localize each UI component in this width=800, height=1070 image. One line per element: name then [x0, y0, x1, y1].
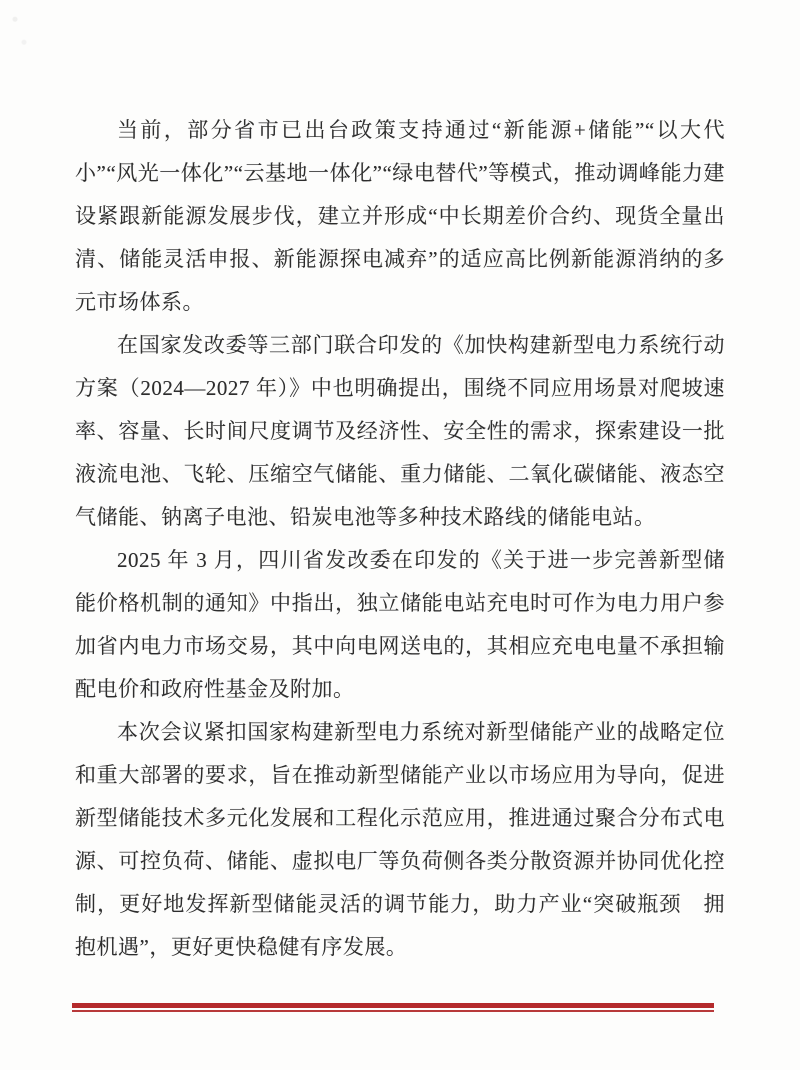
- paragraph-current-policies: 当前，部分省市已出台政策支持通过“新能源+储能”“以大代小”“风光一体化”“云基…: [75, 109, 725, 324]
- document-page: 当前，部分省市已出台政策支持通过“新能源+储能”“以大代小”“风光一体化”“云基…: [0, 0, 800, 1070]
- document-body: 当前，部分省市已出台政策支持通过“新能源+储能”“以大代小”“风光一体化”“云基…: [75, 109, 725, 969]
- paragraph-ndrc-action-plan: 在国家发改委等三部门联合印发的《加快构建新型电力系统行动方案（2024—2027…: [75, 324, 725, 539]
- footer-divider-thin-rule: [72, 1010, 714, 1012]
- paragraph-conference-summary: 本次会议紧扣国家构建新型电力系统对新型储能产业的战略定位和重大部署的要求，旨在推…: [75, 711, 725, 969]
- paragraph-sichuan-notice: 2025 年 3 月，四川省发改委在印发的《关于进一步完善新型储能价格机制的通知…: [75, 539, 725, 711]
- scan-artifact: [6, 10, 36, 56]
- footer-divider: [72, 1003, 714, 1012]
